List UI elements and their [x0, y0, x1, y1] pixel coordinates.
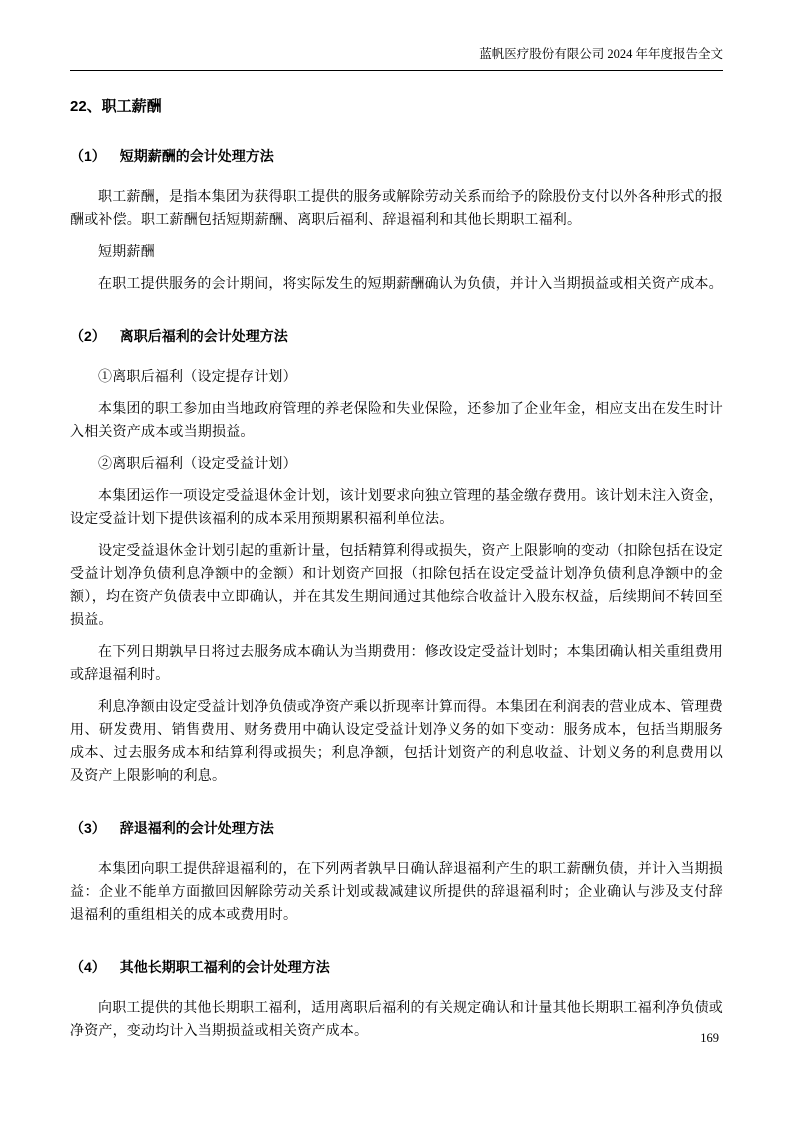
section-title: 22、职工薪酬: [70, 95, 723, 116]
page-number: 169: [700, 1031, 719, 1046]
subsection-2-title: 离职后福利的会计处理方法: [120, 328, 288, 344]
subsection-4-heading: （4）其他长期职工福利的会计处理方法: [70, 957, 723, 977]
page-header: 蓝帆医疗股份有限公司 2024 年年度报告全文: [70, 46, 723, 71]
header-divider: [70, 70, 723, 71]
paragraph: 设定受益退休金计划引起的重新计量，包括精算利得或损失，资产上限影响的变动（扣除包…: [70, 540, 723, 632]
paragraph: 本集团的职工参加由当地政府管理的养老保险和失业保险，还参加了企业年金，相应支出在…: [70, 398, 723, 444]
paragraph: 向职工提供的其他长期职工福利，适用离职后福利的有关规定确认和计量其他长期职工福利…: [70, 997, 723, 1043]
subsection-short-term-compensation: （1）短期薪酬的会计处理方法 职工薪酬，是指本集团为获得职工提供的服务或解除劳动…: [70, 146, 723, 296]
subsection-3-heading: （3）辞退福利的会计处理方法: [70, 818, 723, 838]
subsection-termination-benefits: （3）辞退福利的会计处理方法 本集团向职工提供辞退福利的，在下列两者孰早日确认辞…: [70, 818, 723, 927]
paragraph: 本集团向职工提供辞退福利的，在下列两者孰早日确认辞退福利产生的职工薪酬负债，并计…: [70, 858, 723, 927]
paragraph: 在职工提供服务的会计期间，将实际发生的短期薪酬确认为负债，并计入当期损益或相关资…: [70, 273, 723, 296]
paragraph: 职工薪酬，是指本集团为获得职工提供的服务或解除劳动关系而给予的除股份支付以外各种…: [70, 186, 723, 232]
paragraph: 在下列日期孰早日将过去服务成本确认为当期费用：修改设定受益计划时；本集团确认相关…: [70, 641, 723, 687]
subsection-3-title: 辞退福利的会计处理方法: [120, 820, 274, 836]
subsection-2-heading: （2）离职后福利的会计处理方法: [70, 326, 723, 346]
paragraph: 利息净额由设定受益计划净负债或净资产乘以折现率计算而得。本集团在利润表的营业成本…: [70, 696, 723, 788]
paragraph: ②离职后福利（设定受益计划）: [70, 453, 723, 476]
paragraph: 本集团运作一项设定受益退休金计划，该计划要求向独立管理的基金缴存费用。该计划未注…: [70, 485, 723, 531]
document-page: 蓝帆医疗股份有限公司 2024 年年度报告全文 22、职工薪酬 （1）短期薪酬的…: [0, 0, 793, 1122]
subsection-4-title: 其他长期职工福利的会计处理方法: [120, 959, 330, 975]
subsection-1-number: （1）: [70, 148, 106, 164]
subsection-other-long-term-benefits: （4）其他长期职工福利的会计处理方法 向职工提供的其他长期职工福利，适用离职后福…: [70, 957, 723, 1043]
subsection-post-employment-benefits: （2）离职后福利的会计处理方法 ①离职后福利（设定提存计划） 本集团的职工参加由…: [70, 326, 723, 788]
subsection-4-number: （4）: [70, 959, 106, 975]
paragraph: ①离职后福利（设定提存计划）: [70, 366, 723, 389]
report-title-header: 蓝帆医疗股份有限公司 2024 年年度报告全文: [70, 46, 723, 68]
subsection-1-title: 短期薪酬的会计处理方法: [120, 148, 274, 164]
paragraph: 短期薪酬: [70, 241, 723, 264]
subsection-1-heading: （1）短期薪酬的会计处理方法: [70, 146, 723, 166]
subsection-3-number: （3）: [70, 820, 106, 836]
subsection-2-number: （2）: [70, 328, 106, 344]
